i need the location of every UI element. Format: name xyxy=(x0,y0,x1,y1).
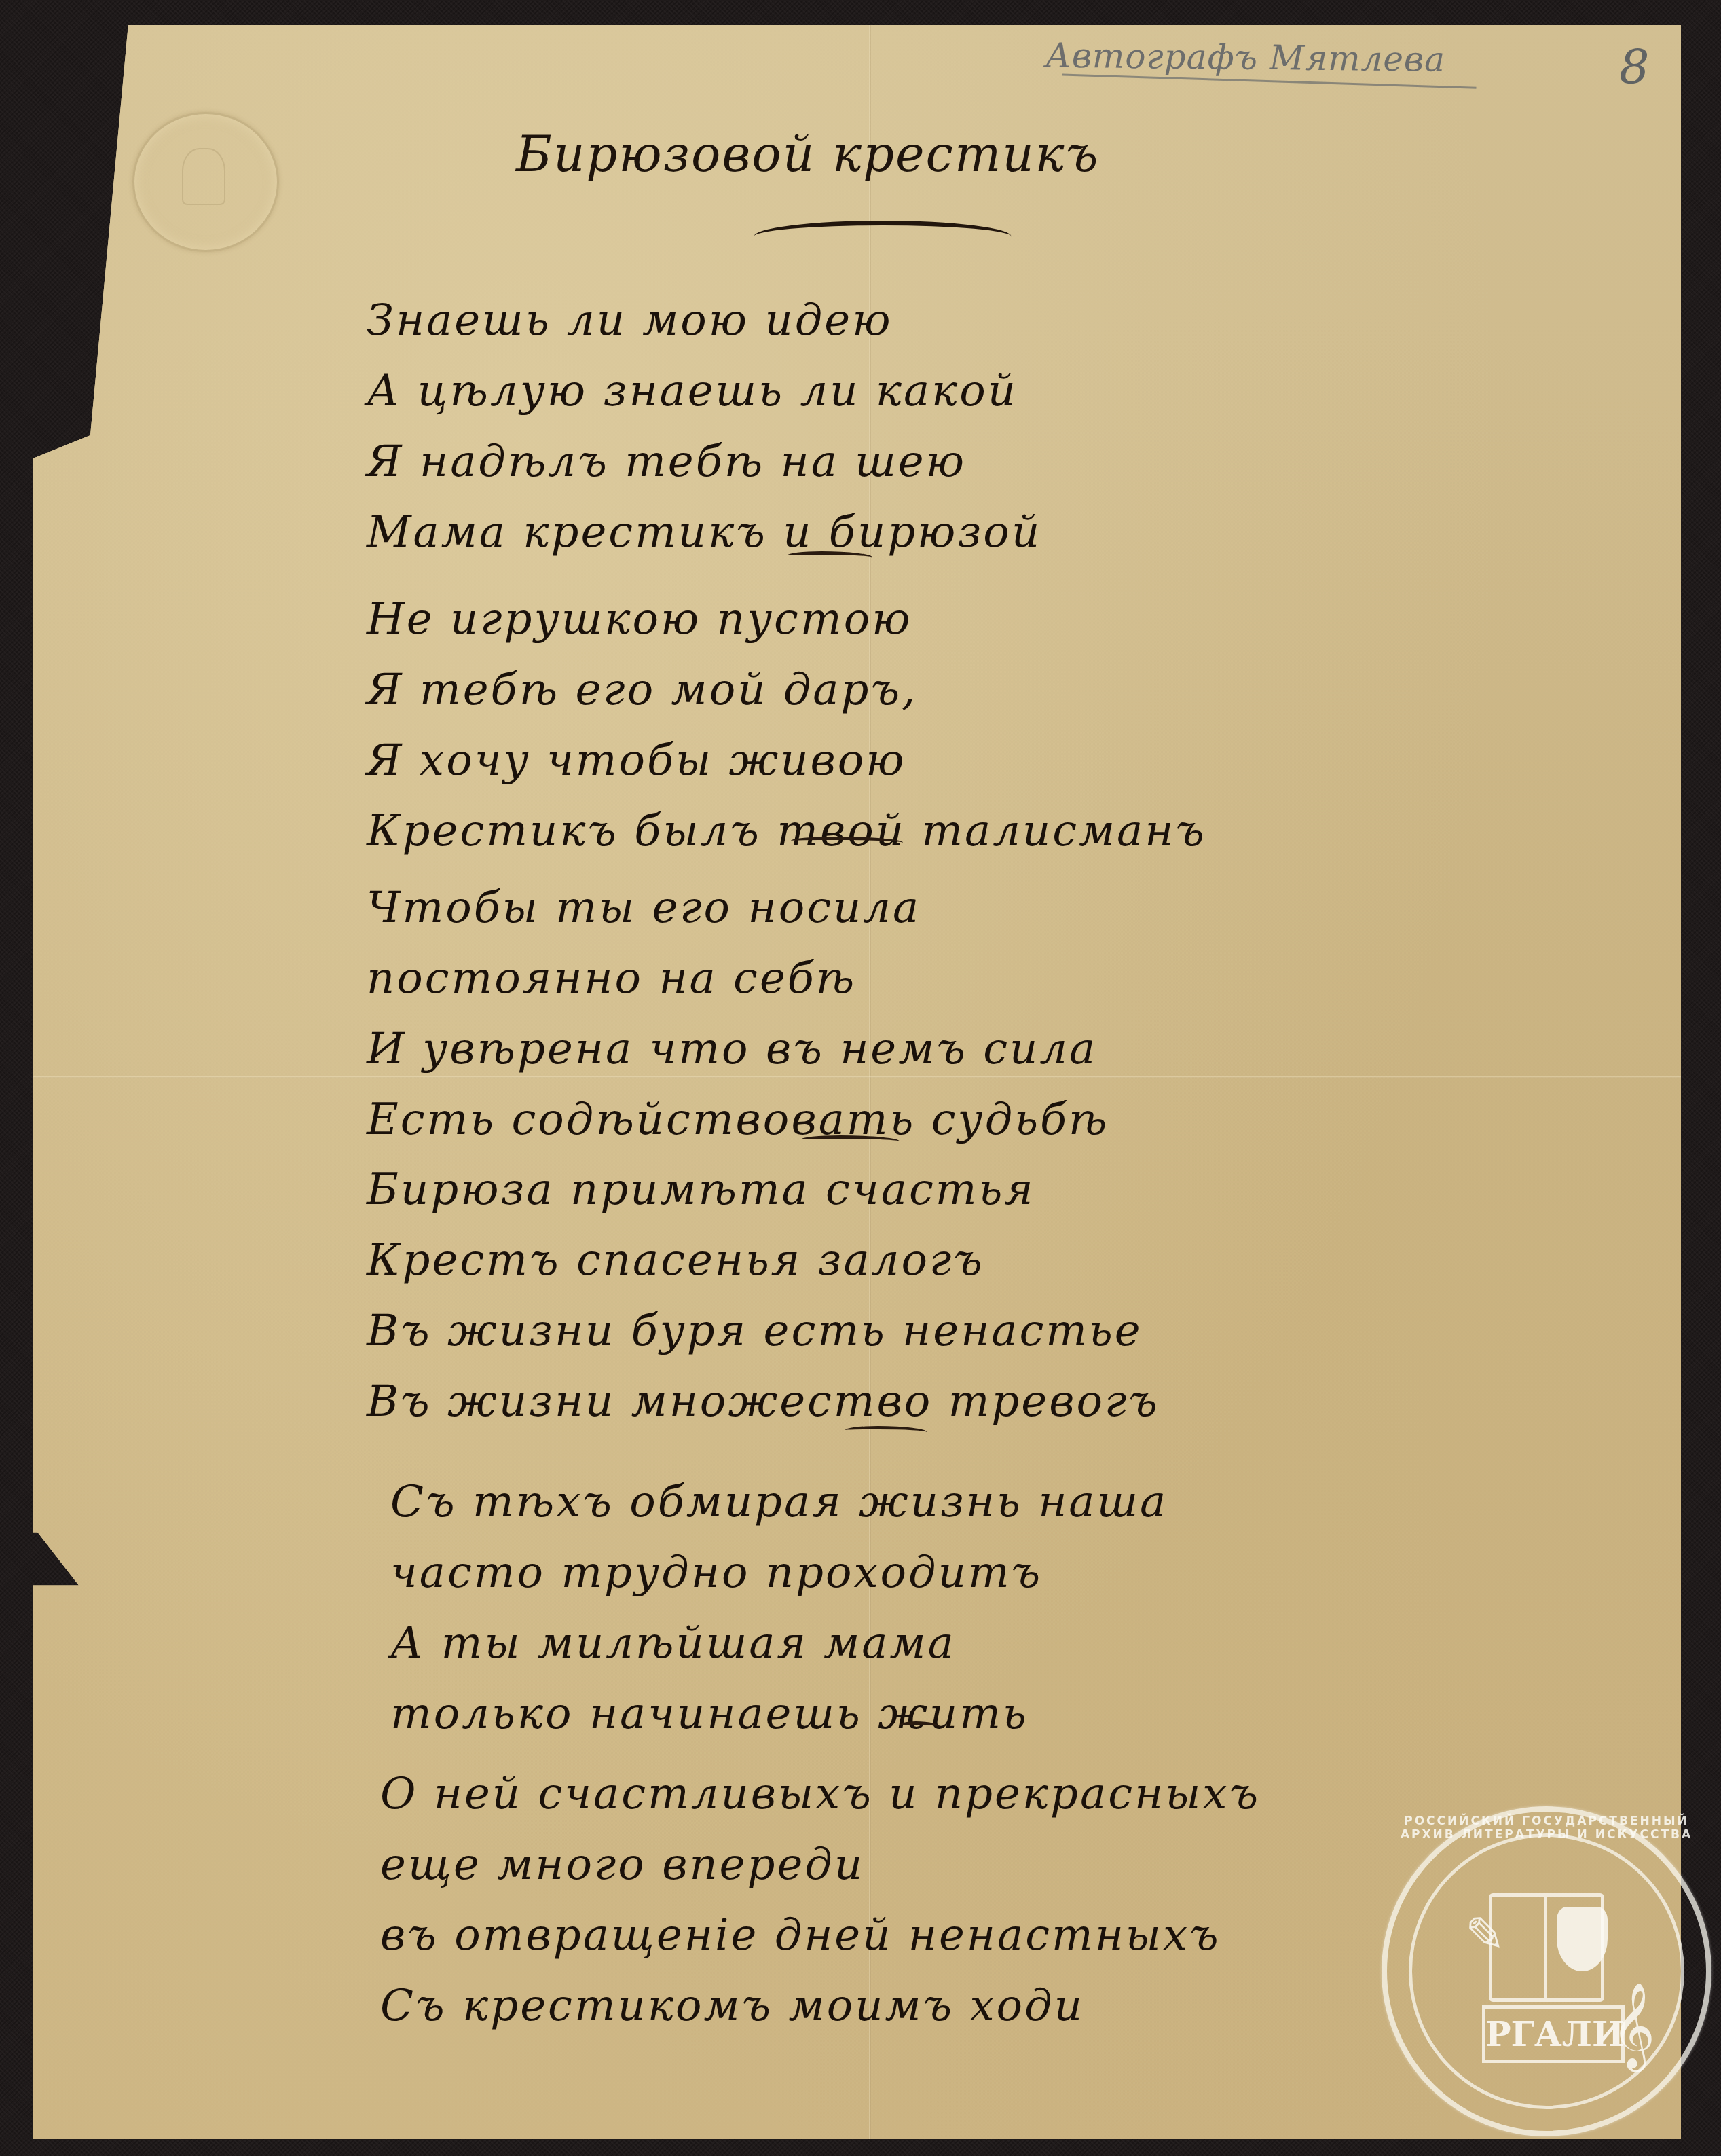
crown-seal-icon xyxy=(132,112,279,252)
poem-line: Крестикъ былъ твой талисманъ xyxy=(367,796,1206,866)
stanza-separator xyxy=(791,837,903,847)
poem-title: Бирюзовой крестикъ xyxy=(516,126,1365,214)
poem-line: Я тебѣ его мой даръ, xyxy=(367,655,1206,725)
palette-brushes-icon: ✎ xyxy=(1465,1907,1505,1962)
poem-line: постоянно на себѣ xyxy=(367,943,1109,1014)
poem-line: въ отвращеніе дней ненастныхъ xyxy=(380,1900,1260,1971)
stanza-separator xyxy=(845,1426,927,1436)
folio-number: 8 xyxy=(1619,39,1650,95)
stanza-1: Знаешь ли мою идею А цѣлую знаешь ли как… xyxy=(367,285,1041,568)
stanza-2: Не игрушкою пустою Я тебѣ его мой даръ, … xyxy=(367,584,1206,866)
stanza-3: Чтобы ты его носила постоянно на себѣ И … xyxy=(367,873,1109,1155)
stanza-separator xyxy=(801,1135,900,1146)
poem-line: Бирюза примѣта счастья xyxy=(367,1154,1160,1225)
poem-line: Съ тѣхъ обмирая жизнь наша xyxy=(390,1467,1168,1537)
poem-line: О ней счастливыхъ и прекрасныхъ xyxy=(380,1759,1260,1829)
poem-line: часто трудно проходитъ xyxy=(390,1537,1168,1608)
poem-line: Съ крестикомъ моимъ ходи xyxy=(380,1971,1260,2041)
poem-line: Въ жизни буря есть ненастье xyxy=(367,1296,1160,1366)
stanza-5: Съ тѣхъ обмирая жизнь наша часто трудно … xyxy=(390,1467,1168,1749)
poem-line: Мама крестикъ и бирюзой xyxy=(367,497,1041,568)
stanza-separator xyxy=(900,1721,940,1732)
poem-line: Не игрушкою пустою xyxy=(367,584,1206,655)
stamp-ring-text: РОССИЙСКИЙ ГОСУДАРСТВЕННЫЙ АРХИВ ЛИТЕРАТ… xyxy=(1387,1814,1706,1842)
archive-stamp: РОССИЙСКИЙ ГОСУДАРСТВЕННЫЙ АРХИВ ЛИТЕРАТ… xyxy=(1382,1806,1711,2136)
poem-line: Крестъ спасенья залогъ xyxy=(367,1225,1160,1296)
theatre-mask-icon xyxy=(1557,1907,1608,1971)
poem-line: А цѣлую знаешь ли какой xyxy=(367,356,1041,426)
stamp-plate-text: РГАЛИ xyxy=(1482,2005,1625,2063)
poem-line: Я хочу чтобы живою xyxy=(367,725,1206,796)
poem-line: Есть содѣйствовать судьбѣ xyxy=(367,1084,1109,1155)
poem-line: И увѣрена что въ немъ сила xyxy=(367,1014,1109,1084)
poem-line: Знаешь ли мою идею xyxy=(367,285,1041,356)
poem-line: еще много впереди xyxy=(380,1829,1260,1900)
stanza-6: О ней счастливыхъ и прекрасныхъ еще мног… xyxy=(380,1759,1260,2041)
stanza-4: Бирюза примѣта счастья Крестъ спасенья з… xyxy=(367,1154,1160,1437)
title-underline-flourish xyxy=(754,221,1012,253)
poem-line: Въ жизни множество тревогъ xyxy=(367,1366,1160,1437)
poem-line: А ты милѣйшая мама xyxy=(390,1608,1168,1679)
stanza-separator xyxy=(788,551,872,562)
pencil-annotation: Автографъ Мятлева xyxy=(1045,18,1480,98)
poem-line: Чтобы ты его носила xyxy=(367,873,1109,943)
poem-line: Я надѣлъ тебѣ на шею xyxy=(367,426,1041,497)
poem-line: только начинаешь жить xyxy=(390,1679,1168,1749)
